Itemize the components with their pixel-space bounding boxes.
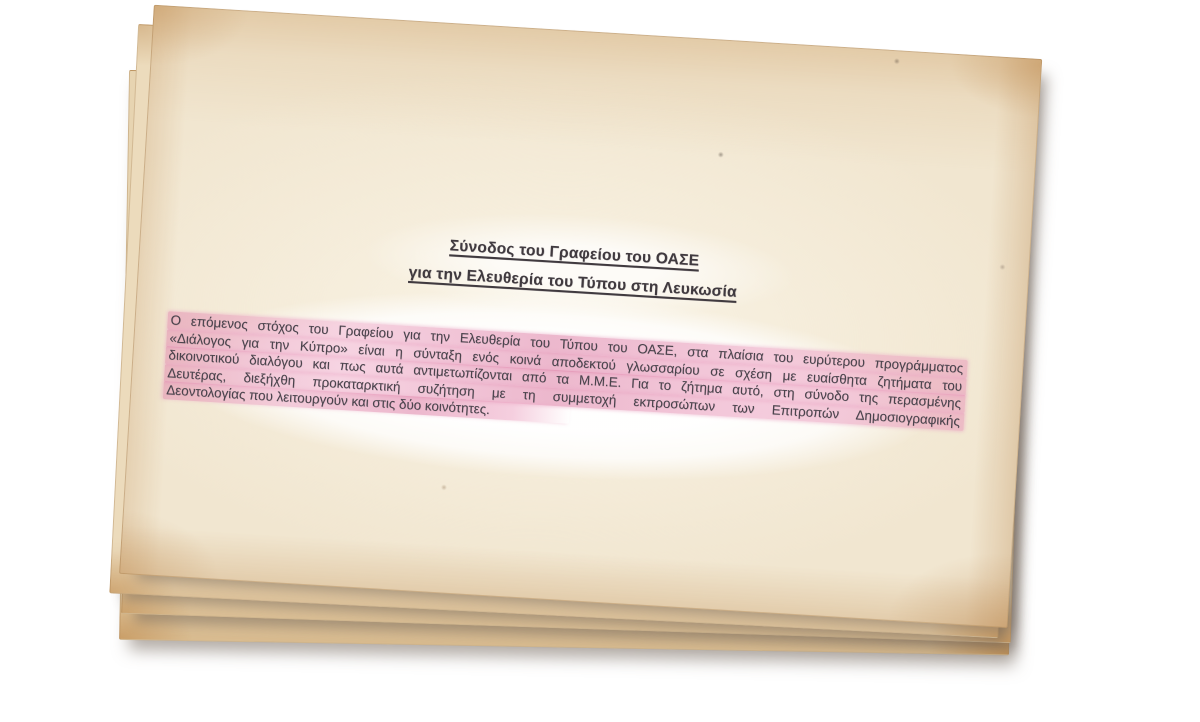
document-content: Σύνοδος του Γραφείου του ΟΑΣΕ για την Ελ…	[166, 8, 986, 448]
scanned-document-photo: Σύνοδος του Γραφείου του ΟΑΣΕ για την Ελ…	[0, 0, 1200, 722]
paper-sheet-top: Σύνοδος του Γραφείου του ΟΑΣΕ για την Ελ…	[119, 5, 1042, 628]
document-paragraph: Ο επόμενος στόχος του Γραφείου για την Ε…	[166, 311, 968, 448]
document-title: Σύνοδος του Γραφείου του ΟΑΣΕ για την Ελ…	[174, 222, 973, 316]
